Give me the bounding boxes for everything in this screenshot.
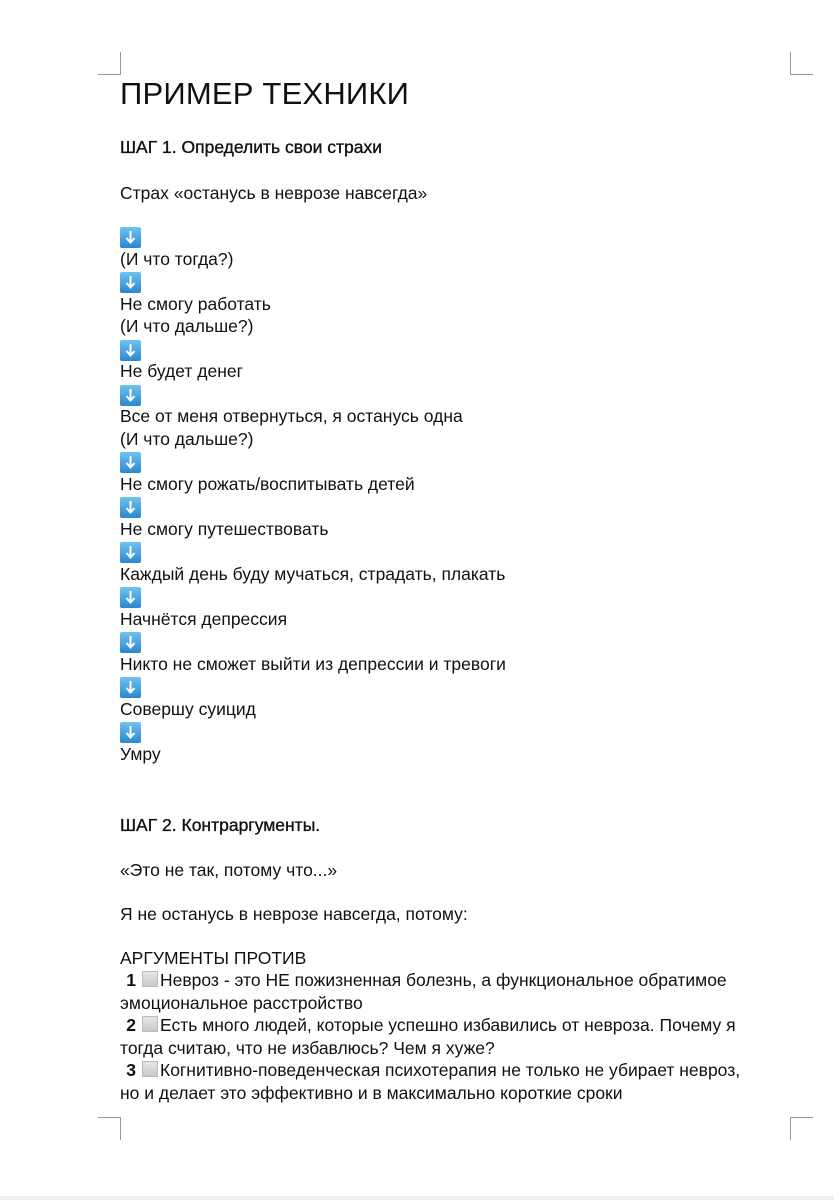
quote: «Это не так, потому что...» <box>120 860 337 881</box>
down-arrow-icon <box>120 385 141 406</box>
down-arrow-icon <box>120 632 141 653</box>
argument-text-line2: эмоциональное расстройство <box>120 993 363 1013</box>
down-arrow-icon <box>120 340 141 361</box>
page-corner-mark-top-right <box>790 52 813 75</box>
page-corner-mark-bottom-right <box>790 1117 813 1140</box>
fear-chain-item: Не будет денег <box>120 361 243 382</box>
fear-chain-item: Начнётся депрессия <box>120 609 287 630</box>
page-corner-mark-bottom-left <box>98 1117 121 1140</box>
arguments-heading: АРГУМЕНТЫ ПРОТИВ <box>120 948 306 969</box>
keycap-box-icon <box>142 1061 158 1077</box>
down-arrow-icon <box>120 542 141 563</box>
fear-chain-item: (И что дальше?) <box>120 429 253 450</box>
argument-text-line2: тогда считаю, что не избавлюсь? Чем я ху… <box>120 1038 495 1058</box>
fear-chain-item: Никто не сможет выйти из депрессии и тре… <box>120 654 506 675</box>
argument-item: 1Невроз - это НЕ пожизненная болезнь, а … <box>120 969 800 1014</box>
keycap-box-icon <box>142 1016 158 1032</box>
fear-chain-item: Не смогу рожать/воспитывать детей <box>120 474 415 495</box>
argument-number: 1 <box>120 969 136 992</box>
fear-chain-item: Все от меня отвернуться, я останусь одна <box>120 406 463 427</box>
argument-text-line1: Когнитивно-поведенческая психотерапия не… <box>160 1060 740 1080</box>
fear-chain-item: Совершу суицид <box>120 699 256 720</box>
down-arrow-icon <box>120 497 141 518</box>
bottom-edge <box>0 1196 834 1200</box>
down-arrow-icon <box>120 272 141 293</box>
fear-chain-item: (И что дальше?) <box>120 316 253 337</box>
fear-chain-item: Не смогу путешествовать <box>120 519 328 540</box>
down-arrow-icon <box>120 227 141 248</box>
fear-chain-item: Умру <box>120 744 161 765</box>
document-page: ПРИМЕР ТЕХНИКИ ШАГ 1. Определить свои ст… <box>0 0 834 1192</box>
argument-text-line2: но и делает это эффективно и в максималь… <box>120 1083 623 1103</box>
step2-heading: ШАГ 2. Контраргументы. <box>120 815 320 836</box>
fear-chain-item: Каждый день буду мучаться, страдать, пла… <box>120 564 505 585</box>
argument-item: 2Есть много людей, которые успешно избав… <box>120 1014 800 1059</box>
statement: Я не останусь в неврозе навсегда, потому… <box>120 904 468 925</box>
down-arrow-icon <box>120 452 141 473</box>
argument-text-line1: Невроз - это НЕ пожизненная болезнь, а ф… <box>160 970 727 990</box>
page-corner-mark-top-left <box>98 52 121 75</box>
down-arrow-icon <box>120 587 141 608</box>
argument-text-line1: Есть много людей, которые успешно избави… <box>160 1015 736 1035</box>
argument-number: 3 <box>120 1059 136 1082</box>
down-arrow-icon <box>120 677 141 698</box>
keycap-box-icon <box>142 971 158 987</box>
fear-chain-item: (И что тогда?) <box>120 249 233 270</box>
page-title: ПРИМЕР ТЕХНИКИ <box>120 76 409 112</box>
fear-statement: Страх «останусь в неврозе навсегда» <box>120 183 427 204</box>
fear-chain-item: Не смогу работать <box>120 294 271 315</box>
argument-item: 3Когнитивно-поведенческая психотерапия н… <box>120 1059 800 1104</box>
down-arrow-icon <box>120 722 141 743</box>
step1-heading: ШАГ 1. Определить свои страхи <box>120 137 382 158</box>
argument-number: 2 <box>120 1014 136 1037</box>
